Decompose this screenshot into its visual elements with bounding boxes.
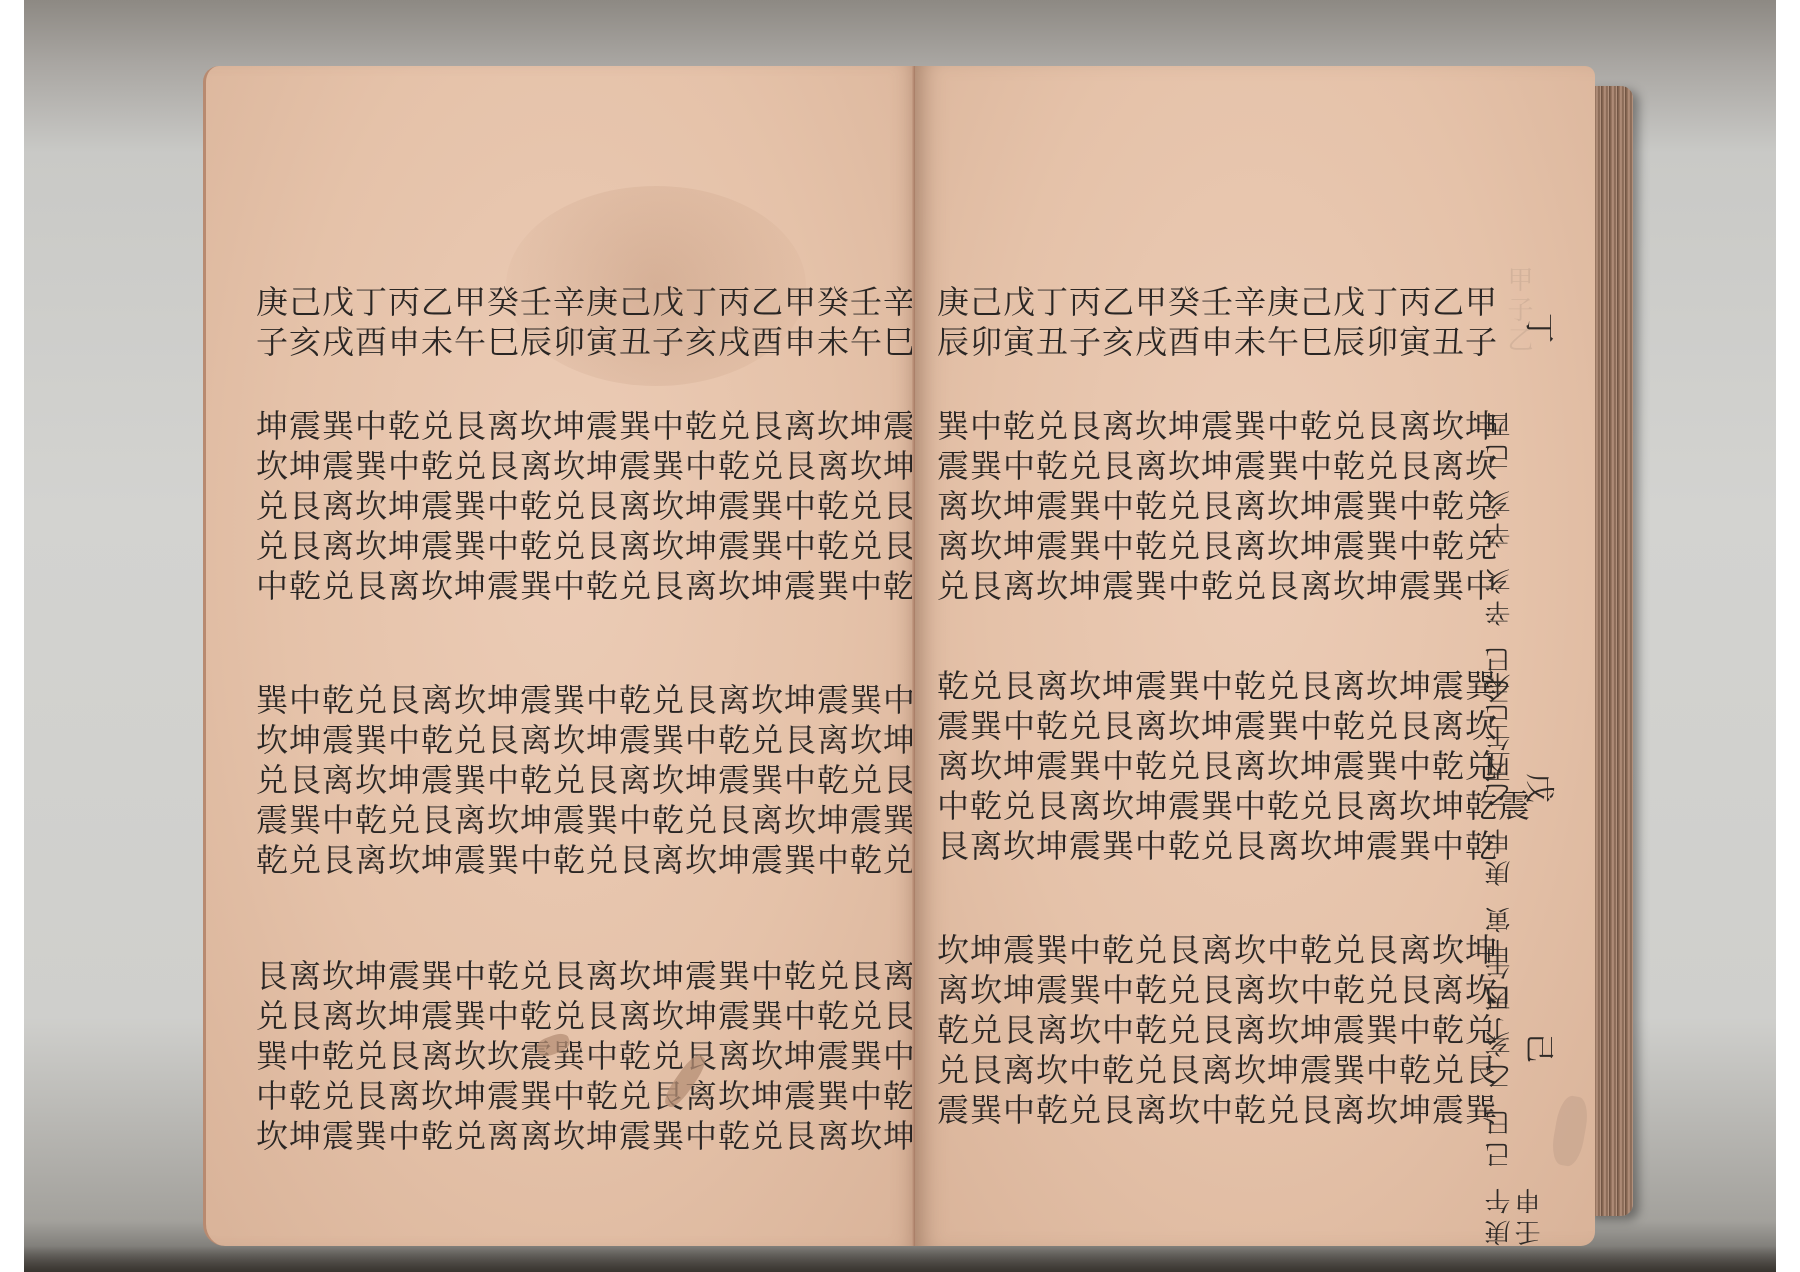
right-trigram-block-2: 乾兑艮离坎坤震巽中乾兑艮离坎坤震巽 震巽中乾兑艮离坎坤震巽中乾兑艮离坎 离坎坤震… xyxy=(937,666,1531,866)
text-line: 兑艮离坎坤震巽中乾兑艮离坎坤震巽中乾兑艮 xyxy=(256,526,916,566)
text-line: 乾兑艮离坎中乾兑艮离坎坤震巽中乾兑 xyxy=(937,1010,1498,1050)
right-header-branches: 辰卯寅丑子亥戌酉申未午巳辰卯寅丑子 xyxy=(937,322,1498,362)
margin-entry: 庚午 xyxy=(1485,1182,1515,1246)
paper-tear xyxy=(1549,1094,1591,1168)
margin-entry: 己酉 xyxy=(1485,406,1515,470)
margin-entry: 庚申 xyxy=(1485,823,1515,887)
text-line: 兑艮离坎坤震巽中乾兑艮离坎坤震巽中乾兑艮 xyxy=(256,486,916,526)
margin-entry: 乙亥 xyxy=(1485,1025,1515,1089)
text-line: 中乾兑艮离坎坤震巽中乾兑艮离坎坤震巽中乾 xyxy=(256,1076,916,1116)
text-line: 巽中乾兑艮离坎坤震巽中乾兑艮离坎坤震巽中 xyxy=(256,680,916,720)
margin-heading: 戊 xyxy=(1520,773,1564,803)
right-header-stems: 庚己戊丁丙乙甲癸壬辛庚己戊丁丙乙甲 xyxy=(937,282,1498,322)
text-line: 离坎坤震巽中乾兑艮离坎坤震巽中乾兑 xyxy=(937,526,1498,566)
left-header-branches: 子亥戌酉申未午巳辰卯寅丑子亥戌酉申未午巳 xyxy=(256,322,916,362)
text-line: 兑艮离坎坤震巽中乾兑艮离坎坤震巽中 xyxy=(937,566,1498,606)
margin-entries: 庚午 己巳 乙亥 丙午 壬申 xyxy=(1485,936,1545,1246)
text-line: 震巽中乾兑艮离坎坤震巽中乾兑艮离坎 xyxy=(937,446,1498,486)
scan-bottom-shadow xyxy=(24,1246,1776,1272)
margin-entry: 己巳 xyxy=(1485,1104,1515,1168)
text-line: 坎坤震巽中乾兑艮离坎坤震巽中乾兑艮离坎坤 xyxy=(256,446,916,486)
text-line: 兑艮离坎坤震巽中乾兑艮离坎坤震巽中乾兑艮 xyxy=(256,996,916,1036)
margin-entry: 乙丑 xyxy=(1485,744,1515,808)
left-page: 庚己戊丁丙乙甲癸壬辛庚己戊丁丙乙甲癸壬辛 子亥戌酉申未午巳辰卯寅丑子亥戌酉申未午… xyxy=(203,66,918,1246)
text-line: 震巽中乾兑艮离坎坤震巽中乾兑艮离坎 xyxy=(937,706,1531,746)
text-line: 兑艮离坎中乾兑艮离坎坤震巽中乾兑艮 xyxy=(937,1050,1498,1090)
left-header-stems: 庚己戊丁丙乙甲癸壬辛庚己戊丁丙乙甲癸壬辛 xyxy=(256,282,916,322)
right-trigram-block-1: 巽中乾兑艮离坎坤震巽中乾兑艮离坎坤 震巽中乾兑艮离坎坤震巽中乾兑艮离坎 离坎坤震… xyxy=(937,406,1498,606)
margin-entry: 壬申 xyxy=(1515,1182,1545,1246)
open-book: 庚己戊丁丙乙甲癸壬辛庚己戊丁丙乙甲癸壬辛 子亥戌酉申未午巳辰卯寅丑子亥戌酉申未午… xyxy=(203,66,1633,1246)
margin-entry: 丙午 xyxy=(1485,947,1515,1011)
left-trigram-block-2: 巽中乾兑艮离坎坤震巽中乾兑艮离坎坤震巽中 坎坤震巽中乾兑艮离坎坤震巽中乾兑艮离坎… xyxy=(256,680,916,880)
margin-entry: 辛亥 xyxy=(1485,484,1515,548)
text-line: 离坎坤震巽中乾兑艮离坎中乾兑艮离坎 xyxy=(937,970,1498,1010)
text-line: 中乾兑艮离坎坤震巽中乾兑艮离坎坤震巽中乾 xyxy=(256,566,916,606)
text-line: 坎坤震巽中乾兑离离坎坤震巽中乾兑艮离坎坤 xyxy=(256,1116,916,1156)
left-trigram-block-1: 坤震巽中乾兑艮离坎坤震巽中乾兑艮离坎坤震 坎坤震巽中乾兑艮离坎坤震巽中乾兑艮离坎… xyxy=(256,406,916,606)
text-line: 震巽中乾兑艮离坎中乾兑艮离坎坤震巽 xyxy=(937,1090,1498,1130)
right-trigram-block-3: 坎坤震巽中乾兑艮离坎中乾兑艮离坎坤 离坎坤震巽中乾兑艮离坎中乾兑艮离坎 乾兑艮离… xyxy=(937,930,1498,1130)
text-line: 乾兑艮离坎坤震巽中乾兑艮离坎坤震巽 xyxy=(937,666,1531,706)
margin-heading: 丁 xyxy=(1520,313,1564,343)
margin-entry: 己未 xyxy=(1485,666,1515,730)
left-header-stems-branches: 庚己戊丁丙乙甲癸壬辛庚己戊丁丙乙甲癸壬辛 子亥戌酉申未午巳辰卯寅丑子亥戌酉申未午… xyxy=(256,282,916,362)
text-line: 兑艮离坎坤震巽中乾兑艮离坎坤震巽中乾兑艮 xyxy=(256,760,916,800)
text-line: 震巽中乾兑艮离坎坤震巽中乾兑艮离坎坤震巽 xyxy=(256,800,916,840)
text-line: 坤震巽中乾兑艮离坎坤震巽中乾兑艮离坎坤震 xyxy=(256,406,916,446)
text-line: 离坎坤震巽中乾兑艮离坎坤震巽中乾兑 xyxy=(937,486,1498,526)
right-page: 甲子乙 庚己戊丁丙乙甲癸壬辛庚己戊丁丙乙甲 辰卯寅丑子亥戌酉申未午巳辰卯寅丑子 … xyxy=(915,66,1595,1246)
text-line: 中乾兑艮离坎坤震巽中乾兑艮离坎坤乾震 xyxy=(937,786,1531,826)
text-line: 巽中乾兑艮离坎坤震巽中乾兑艮离坎坤 xyxy=(937,406,1498,446)
text-line: 巽中乾兑艮离坎坎震巽中乾兑艮离坎坤震巽中 xyxy=(256,1036,916,1076)
text-line: 艮离坎坤震巽中乾兑艮离坎坤震巽中乾兑艮离 xyxy=(256,956,916,996)
text-line: 艮离坎坤震巽中乾兑艮离坎坤震巽中乾 xyxy=(937,826,1531,866)
text-line: 乾兑艮离坎坤震巽中乾兑艮离坎坤震巽中乾兑 xyxy=(256,840,916,880)
text-line: 坎坤震巽中乾兑艮离坎中乾兑艮离坎坤 xyxy=(937,930,1498,970)
left-trigram-block-3: 艮离坎坤震巽中乾兑艮离坎坤震巽中乾兑艮离 兑艮离坎坤震巽中乾兑艮离坎坤震巽中乾兑… xyxy=(256,956,916,1156)
text-line: 离坎坤震巽中乾兑艮离坎坤震巽中乾兑 xyxy=(937,746,1531,786)
text-line: 坎坤震巽中乾兑艮离坎坤震巽中乾兑艮离坎坤 xyxy=(256,720,916,760)
margin-entry: 辛亥 xyxy=(1485,563,1515,627)
right-header-stems-branches: 庚己戊丁丙乙甲癸壬辛庚己戊丁丙乙甲 辰卯寅丑子亥戌酉申未午巳辰卯寅丑子 xyxy=(937,282,1498,362)
